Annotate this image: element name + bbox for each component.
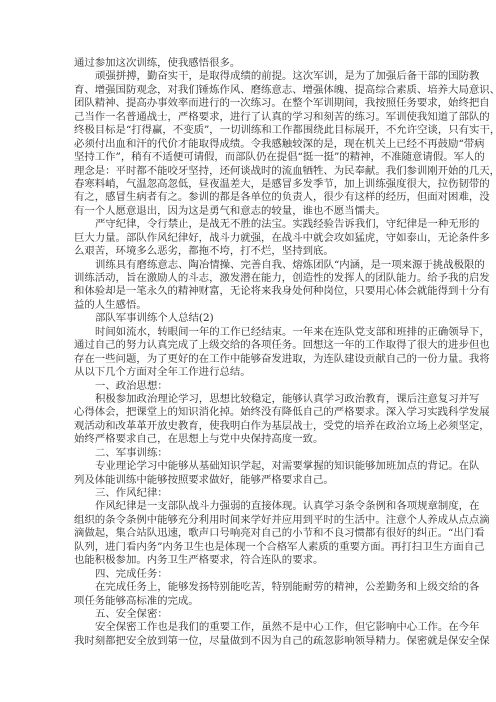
paragraph-first-line: 在完成任务上，能够发扬特别能吃苦，特别能耐劳的精神，公差勤务和上级交给的各 <box>74 581 424 594</box>
text-line: 必须付出血和汗的代价才能取得成绩。令我感触较深的是，现在机关上已经不再鼓励“带病 <box>74 138 424 151</box>
document-body: 通过参加这次训练，使我感悟很多。顽强拼搏，勤奋实干，是取得成绩的前提。这次军训，… <box>74 57 424 648</box>
text-line: 项任务能够高标准的完成。 <box>74 595 424 608</box>
text-line: 列及体能训练中能够按照要求做好，能够严格要求自己。 <box>74 474 424 487</box>
text-line: 心得体会，把课堂上的知识消化掉。始终没有降低自己的严格要求。深入学习实践科学发展 <box>74 406 424 419</box>
text-line: 己当作一名普通战士，严格要求，进行了认真的学习和刻苦的练习。军训使我知道了部队的 <box>74 111 424 124</box>
paragraph-first-line: 顽强拼搏，勤奋实干，是取得成绩的前提。这次军训，是为了加强后备干部的国防教 <box>74 70 424 83</box>
text-line: 么艰苦，环境多么恶劣，都拖不垮，打不烂，坚持到底。 <box>74 245 424 258</box>
text-line: 育、增强国防观念，对我们锤炼作风、磨练意志、增强体魄、提高综合素质、培养大局意识… <box>74 84 424 97</box>
paragraph-first-line: 三、作风纪律： <box>74 487 424 500</box>
text-line: 团队精神、提高办事效率而进行的一次练习。在整个军训期间，我按照任务要求，始终把自 <box>74 97 424 110</box>
text-line: 滴做起，集合站队迅速，歌声口号响亮对自己的小节和不良习惯都有很好的纠正。“出门看 <box>74 527 424 540</box>
text-line: 有一个人愿意退出，因为这是勇气和意志的较量，谁也不愿当懦夫。 <box>74 205 424 218</box>
text-line: 理念是：平时都不能咬牙坚持，还何谈战时的流血牺牲、为民奉献。我们参训刚开始的几天… <box>74 165 424 178</box>
paragraph-first-line: 安全保密工作也是我们的重要工作，虽然不是中心工作，但它影响中心工作。在今年 <box>74 621 424 634</box>
paragraph-first-line: 严守纪律，令行禁止，是战无不胜的法宝。实践经验告诉我们，守纪律是一种无形的 <box>74 218 424 231</box>
text-line: 通过自己的努力认真完成了上级交给的各项任务。回想这一年的工作取得了很大的进步但也 <box>74 339 424 352</box>
text-line: 从以下几个方面对全年工作进行总结。 <box>74 366 424 379</box>
paragraph-first-line: 作风纪律是一支部队战斗力强弱的直接体现。认真学习条令条例和各项规章制度，在 <box>74 500 424 513</box>
text-line: 巨大力量。部队作风纪律好，战斗力就强，在战斗中就会攻如猛虎，守如泰山，无论条件多 <box>74 232 424 245</box>
paragraph-first-line: 四、完成任务： <box>74 568 424 581</box>
text-line: 我时刻都把安全放到第一位，尽量做到不因为自己的疏忽影响领导精力。保密就是保安全保 <box>74 635 424 648</box>
text-line: 有之，感冒生病者有之。参训的都是各单位的负责人，很少有这样的经历，但面对困难，没 <box>74 191 424 204</box>
text-line: 存在一些问题，为了更好的在工作中能够奋发进取，为连队建设贡献自己的一份力量。我将 <box>74 353 424 366</box>
text-line: 益的人生感悟。 <box>74 299 424 312</box>
text-line: 组织的条令条例中能够充分利用时间来学好并应用到平时的生活中。注意个人养成从点点滴 <box>74 514 424 527</box>
text-line: 也能积极参加。内务卫生严格要求，符合连队的要求。 <box>74 554 424 567</box>
text-line: 终极目标是“打得赢，不变质”，一切训练和工作都围绕此目标展开，不允许空谈，只有实… <box>74 124 424 137</box>
paragraph-first-line: 积极参加政治理论学习，思想比较稳定，能够认真学习政治教育，课后注意复习并写 <box>74 393 424 406</box>
paragraph-first-line: 时间如流水，转眼间一年的工作已经结束。一年来在连队党支部和班排的正确领导下， <box>74 326 424 339</box>
paragraph-first-line: 训练具有磨练意志、陶冶情操、完善自我、熔炼团队“内涵，是一项来源于挑战极限的 <box>74 259 424 272</box>
paragraph-first-line: 一、政治思想： <box>74 380 424 393</box>
text-line: 队列，进门看内务”内务卫生也是体现一个合格军人素质的重要方面。再打扫卫生方面自己 <box>74 541 424 554</box>
paragraph-first-line: 五、安全保密： <box>74 608 424 621</box>
paragraph-first-line: 专业理论学习中能够从基础知识学起，对需要掌握的知识能够加班加点的背记。在队 <box>74 460 424 473</box>
text-line: 训练活动，旨在激励人的斗志，激发潜在能力，创造性的发挥人的团队能力。给予我的启发 <box>74 272 424 285</box>
text-line: 通过参加这次训练，使我感悟很多。 <box>74 57 424 70</box>
paragraph-first-line: 二、军事训练： <box>74 447 424 460</box>
text-line: 春寒料峭，气温忽高忽低，昼夜温差大，是感冒多发季节，加上训练强度很大，拉伤韧带的 <box>74 178 424 191</box>
text-line: 观活动和改革革开放史教育，使我明白作为基层战士，受党的培养在政治立场上必须坚定， <box>74 420 424 433</box>
text-line: 坚持工作”，稍有不适便可请假，而部队仍在提倡“挺一挺”的精神，不准随意请假。军人… <box>74 151 424 164</box>
document-page: 通过参加这次训练，使我感悟很多。顽强拼搏，勤奋实干，是取得成绩的前提。这次军训，… <box>0 0 496 702</box>
text-line: 始终严格要求自己，在思想上与党中央保持高度一致。 <box>74 433 424 446</box>
paragraph-first-line: 部队军事训练个人总结(2) <box>74 312 424 325</box>
text-line: 和体验却是一笔永久的精神财富，无论将来我身处何种岗位，只要用心体会就能得到十分有 <box>74 285 424 298</box>
